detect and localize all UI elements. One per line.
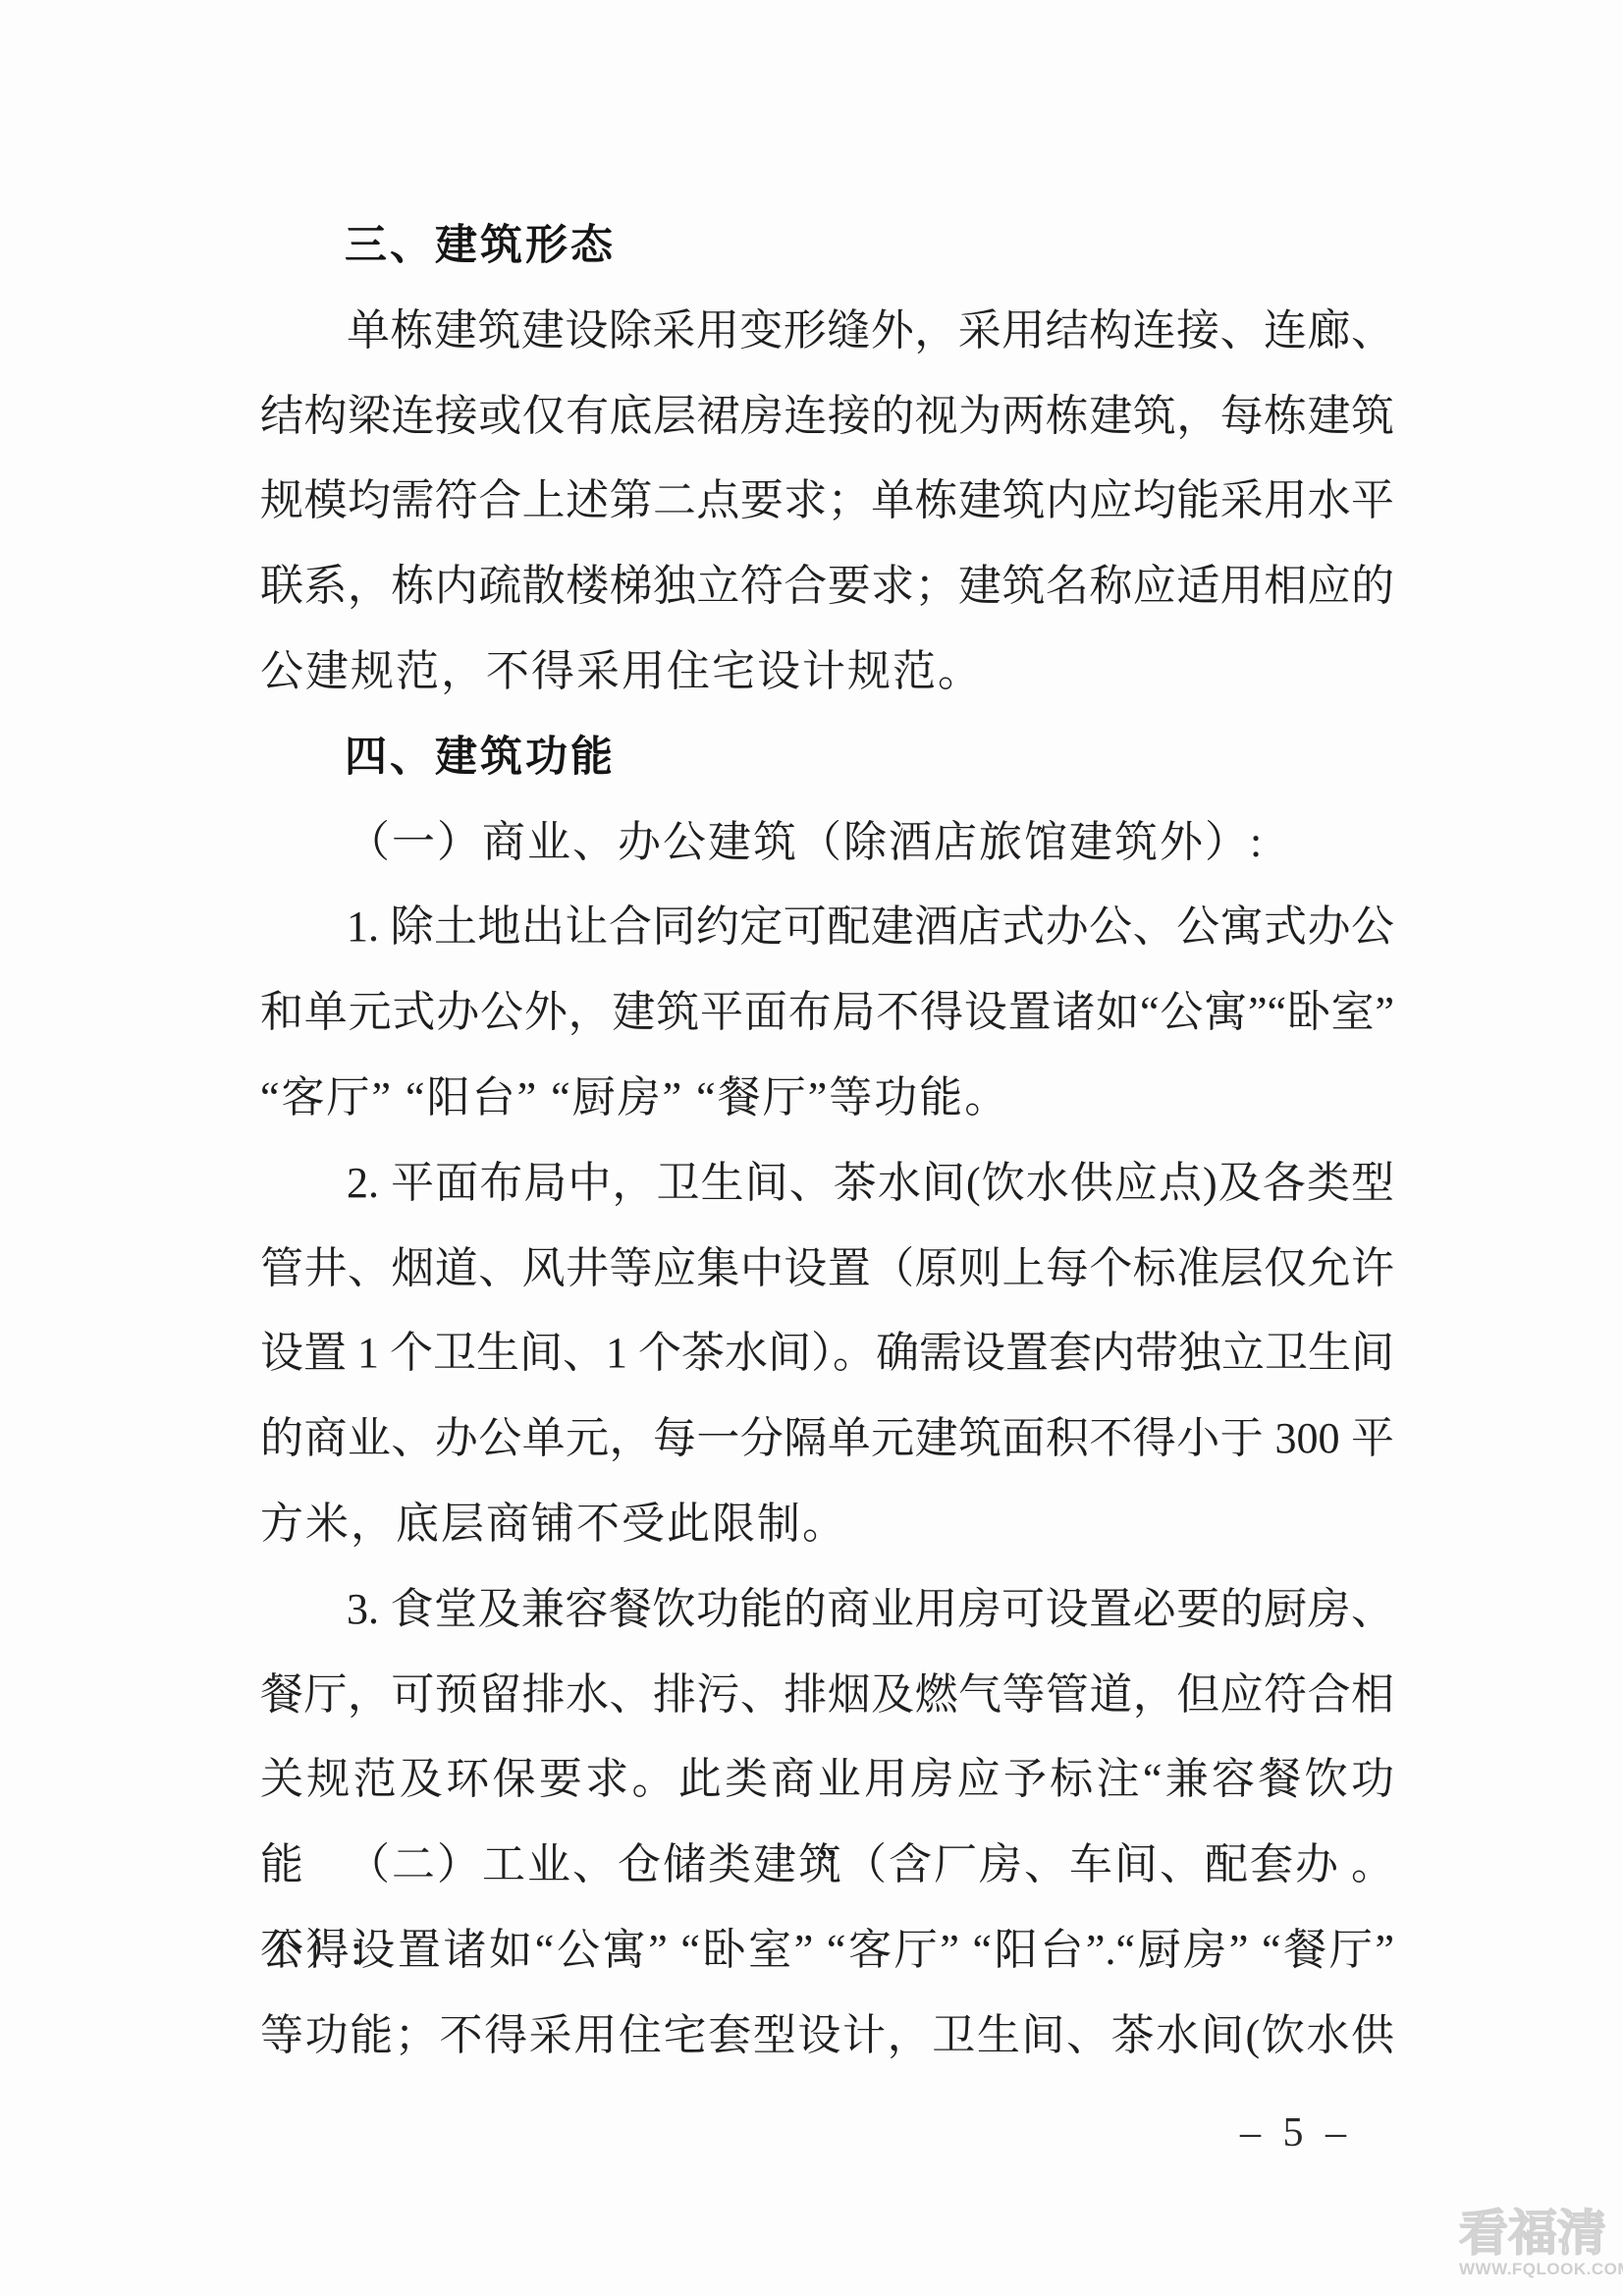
- text-line: 和单元式办公外，建筑平面布局不得设置诸如“公寓”“卧室”: [260, 970, 1394, 1056]
- section-heading: 三、建筑形态: [260, 203, 1394, 289]
- document-page: 三、建筑形态单栋建筑建设除采用变形缝外，采用结构连接、连廊、结构梁连接或仅有底层…: [0, 0, 1623, 2296]
- text-line: 关规范及环保要求。此类商业用房应予标注“兼容餐饮功能”。: [260, 1737, 1394, 1823]
- text-line: 等功能；不得采用住宅套型设计，卫生间、茶水间(饮水供: [260, 1994, 1394, 2079]
- text-line: “客厅” “阳台” “厨房” “餐厅”等功能。: [260, 1056, 1394, 1141]
- watermark-url-text: WWW.FQLOOK.COM: [1459, 2261, 1623, 2278]
- text-line: 3. 食堂及兼容餐饮功能的商业用房可设置必要的厨房、: [260, 1567, 1394, 1653]
- text-line: 管井、烟道、风井等应集中设置（原则上每个标准层仅允许: [260, 1227, 1394, 1312]
- section-heading: 四、建筑功能: [260, 715, 1394, 800]
- text-line: 2. 平面布局中，卫生间、茶水间(饮水供应点)及各类型: [260, 1141, 1394, 1227]
- text-line: 设置 1 个卫生间、1 个茶水间）。确需设置套内带独立卫生间: [260, 1311, 1394, 1396]
- text-line: 单栋建筑建设除采用变形缝外，采用结构连接、连廊、: [260, 289, 1394, 374]
- text-line: 餐厅，可预留排水、排污、排烟及燃气等管道，但应符合相: [260, 1653, 1394, 1738]
- text-line: 联系，栋内疏散楼梯独立符合要求；建筑名称应适用相应的: [260, 544, 1394, 629]
- text-line: 方米，底层商铺不受此限制。: [260, 1482, 1394, 1567]
- text-line: 公建规范，不得采用住宅设计规范。: [260, 629, 1394, 715]
- document-content: 三、建筑形态单栋建筑建设除采用变形缝外，采用结构连接、连廊、结构梁连接或仅有底层…: [260, 203, 1394, 2079]
- text-line: 结构梁连接或仅有底层裙房连接的视为两栋建筑，每栋建筑: [260, 374, 1394, 460]
- page-number: – 5 –: [1227, 2109, 1365, 2157]
- text-line: 1. 除土地出让合同约定可配建酒店式办公、公寓式办公: [260, 885, 1394, 970]
- watermark-logo-text: 看福清: [1459, 2206, 1623, 2261]
- watermark: 看福清 WWW.FQLOOK.COM: [1459, 2206, 1623, 2278]
- text-line: 不得设置诸如“公寓” “卧室” “客厅” “阳台”.“厨房” “餐厅”: [260, 1908, 1394, 1994]
- text-line: 规模均需符合上述第二点要求；单栋建筑内应均能采用水平: [260, 459, 1394, 544]
- text-line: （一）商业、办公建筑（除酒店旅馆建筑外）:: [260, 800, 1394, 886]
- text-line: 的商业、办公单元，每一分隔单元建筑面积不得小于 300 平: [260, 1396, 1394, 1482]
- text-line: （二）工业、仓储类建筑（含厂房、车间、配套办公）:: [260, 1823, 1394, 1908]
